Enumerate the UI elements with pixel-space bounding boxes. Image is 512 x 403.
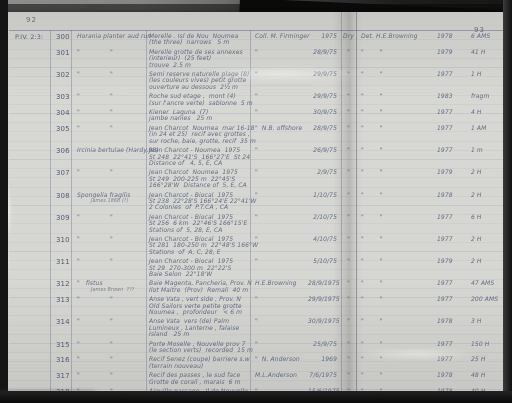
cell-coll_name: ": [251, 237, 308, 243]
table-row: 313" "Anse Vata , vert side , Prov. NOld…: [10, 295, 502, 317]
cell-no: 301: [53, 50, 73, 56]
cell-dry: ": [340, 148, 357, 154]
top-rule: [9, 30, 503, 31]
cell-code: [10, 148, 53, 154]
cell-count: 4 H: [466, 110, 502, 116]
cell-det_year: 1978: [430, 373, 466, 379]
table-row: 304" "Kiener Laguna (7)jambe nanies 25 m…: [10, 108, 502, 124]
cell-coll_date: 30/9/1975: [308, 319, 340, 325]
cell-code: P.IV. 2:3:: [10, 34, 53, 40]
cell-det_year: 1979: [430, 50, 466, 56]
cell-no: 302: [53, 72, 73, 78]
cell-loc: Jean Charcot - Biocal 1975St 238 22°28'S…: [147, 193, 251, 212]
cell-coll_date: 29/9/75: [308, 94, 340, 100]
cell-no: 310: [53, 237, 73, 243]
cell-no: 306: [53, 148, 73, 154]
table-row: 308Spongelia fragilisJames 1868 (?)Jean …: [10, 191, 502, 213]
cell-det_year: 1978: [430, 34, 466, 40]
cell-coll_date: 30/9/75: [308, 110, 340, 116]
cell-coll_date: 1/10/75: [308, 193, 340, 199]
cell-coll_name: ": [251, 170, 308, 176]
cell-count: 2 H: [466, 237, 502, 243]
cell-no: 313: [53, 297, 73, 303]
cell-det_name: " ": [357, 259, 430, 265]
cell-no: 305: [53, 126, 73, 132]
cell-name: " ": [73, 342, 147, 348]
cell-no: 304: [53, 110, 73, 116]
cell-code: [10, 50, 53, 56]
cell-name: " ": [73, 357, 147, 363]
cell-code: [10, 297, 53, 303]
cell-dry: ": [340, 237, 357, 243]
cell-name: " ": [73, 237, 147, 243]
cell-no: 316: [53, 357, 73, 363]
cell-name-annotation: James 1868 (?): [77, 199, 147, 204]
cell-coll_name: ": [251, 215, 308, 221]
left-page-number: 92: [26, 16, 37, 24]
cell-det_name: " ": [357, 237, 430, 243]
cell-coll_date: 26/9/75: [308, 148, 340, 154]
cell-det_year: 1977: [430, 281, 466, 287]
cell-code: [10, 342, 53, 348]
cell-dry: ": [340, 193, 357, 199]
cell-det_name: " ": [357, 110, 430, 116]
cell-det_year: 1978: [430, 319, 466, 325]
background-left-edge: [0, 0, 8, 403]
cell-dry: ": [340, 297, 357, 303]
cell-det_year: 1977: [430, 215, 466, 221]
cell-loc: Baie Magenta, Pancheria, Prov. NIlot Mai…: [147, 281, 251, 294]
cell-code: [10, 373, 53, 379]
cell-code: [10, 94, 53, 100]
cell-coll_name: ": [251, 110, 308, 116]
cell-det_year: 1979: [430, 170, 466, 176]
cell-dry: ": [340, 126, 357, 132]
cell-dry: ": [340, 215, 357, 221]
cell-count: 47 AMS: [466, 281, 502, 287]
table-row: 307" "Jean Charcot Noumea 1975St 249 200…: [10, 168, 502, 190]
cell-det_name: " ": [357, 126, 430, 132]
cell-name: " ": [73, 215, 147, 221]
background-bottom-band: [0, 391, 512, 403]
cell-dry: ": [340, 373, 357, 379]
cell-name: Spongelia fragilisJames 1868 (?): [73, 193, 147, 204]
cell-loc: Jean Charcot Noumea 1975St 249 200-225 m…: [147, 170, 251, 189]
cell-code: [10, 110, 53, 116]
cell-dry: ": [340, 110, 357, 116]
cell-coll_date: 29/9/1975: [308, 297, 340, 303]
cell-count: 200 AMS: [466, 297, 502, 303]
cell-coll_date: 5/10/75: [308, 259, 340, 265]
cell-coll_name: ": [251, 148, 308, 154]
cell-name: Horania planter aud run: [73, 34, 147, 40]
cell-loc: Jean Charcot - Biocal 1975St 281 180-250…: [147, 237, 251, 256]
cell-loc: Jean Charcot - Biocal 1975St 29 270-300 …: [147, 259, 251, 278]
cell-no: 309: [53, 215, 73, 221]
cell-det_name: " ": [357, 170, 430, 176]
cell-coll_name: ": [251, 50, 308, 56]
register-page-photo: 92 93 P.IV. 2:3:300Horania planter aud r…: [0, 0, 512, 403]
book-right-page-edges: [503, 0, 512, 403]
cell-loc: Recif Senez (coupe) barriere s.w(terrain…: [147, 357, 251, 370]
cell-name: " ": [73, 126, 147, 132]
table-row: 312" fistusJames Brown ???Baie Magenta, …: [10, 279, 502, 295]
cell-loc: Merelle . Isl de Nou Noumea(the three) n…: [147, 34, 251, 47]
cell-coll_date: 2/10/75: [308, 215, 340, 221]
cell-det_name: " ": [357, 319, 430, 325]
cell-count: 1 m: [466, 148, 502, 154]
cell-dry: ": [340, 259, 357, 265]
cell-det_name: " ": [357, 215, 430, 221]
cell-coll_name: ": [251, 342, 308, 348]
cell-coll_name: ": [251, 319, 308, 325]
cell-coll_date: 4/10/75: [308, 237, 340, 243]
table-row: 303" "Roche sud etage , mont (4)(sur l'a…: [10, 92, 502, 108]
cell-loc: Recif des passes , le sud faceGrotte de …: [147, 373, 251, 386]
cell-count: fragm: [466, 94, 502, 100]
cell-loc: Kiener Laguna (7)jambe nanies 25 m: [147, 110, 251, 123]
cell-det_name: Det. H.E.Browning: [357, 34, 430, 40]
cell-det_year: 1977: [430, 148, 466, 154]
photo-glare-bottom: [327, 346, 507, 362]
cell-loc: Jean Charcot - Noumea 1975St 248 22°41'S…: [147, 148, 251, 167]
cell-count: 1 H: [466, 72, 502, 78]
cell-coll_date: 28/9/75: [308, 126, 340, 132]
cell-det_name: " ": [357, 281, 430, 287]
cell-coll_name: ": [251, 193, 308, 199]
cell-det_year: 1977: [430, 126, 466, 132]
cell-name: " ": [73, 373, 147, 379]
cell-no: 312: [53, 281, 73, 287]
cell-no: 307: [53, 170, 73, 176]
cell-name: " ": [73, 72, 147, 78]
cell-count: 2 H: [466, 193, 502, 199]
cell-dry: ": [340, 281, 357, 287]
cell-loc: Anse Vata , vert side , Prov. NOld Sailo…: [147, 297, 251, 316]
table-row: P.IV. 2:3:300Horania planter aud runMere…: [10, 32, 502, 48]
cell-det_year: 1977: [430, 237, 466, 243]
cell-count: 1 AM: [466, 126, 502, 132]
cell-code: [10, 259, 53, 265]
cell-det_year: 1977: [430, 72, 466, 78]
table-row: 314" "Anse Vata vers (de) PalmLumineux ,…: [10, 317, 502, 339]
cell-coll_name: ": [251, 259, 308, 265]
cell-code: [10, 281, 53, 287]
cell-loc: Jean Charcot Noumea mar 16-18(in 24 et 2…: [147, 126, 251, 145]
cell-coll_date: 7/6/1975: [308, 373, 340, 379]
cell-count: 41 H: [466, 50, 502, 56]
cell-det_year: 1978: [430, 193, 466, 199]
cell-name: " ": [73, 297, 147, 303]
cell-count: 6 AMS: [466, 34, 502, 40]
cell-count: 6 H: [466, 215, 502, 221]
cell-det_year: 1983: [430, 94, 466, 100]
cell-loc: Jean Charcot - Biocal 1975St 256 6 km 22…: [147, 215, 251, 234]
cell-dry: ": [340, 170, 357, 176]
cell-name: " fistusJames Brown ???: [73, 281, 147, 292]
cell-count: 48 H: [466, 373, 502, 379]
table-row: 317" "Recif des passes , le sud faceGrot…: [10, 371, 502, 387]
table-row: 310" "Jean Charcot - Biocal 1975St 281 1…: [10, 235, 502, 257]
cell-dry: ": [340, 319, 357, 325]
cell-det_name: " ": [357, 148, 430, 154]
cell-no: 300: [53, 34, 73, 40]
cell-no: 317: [53, 373, 73, 379]
cell-name: " ": [73, 94, 147, 100]
cell-det_name: " ": [357, 297, 430, 303]
cell-det_year: 1977: [430, 110, 466, 116]
cell-coll_date: 28/9/75: [308, 50, 340, 56]
cell-no: 311: [53, 259, 73, 265]
cell-det_name: " ": [357, 50, 430, 56]
cell-coll_date: 2/9/75: [308, 170, 340, 176]
table-row: 309" "Jean Charcot - Biocal 1975St 256 6…: [10, 213, 502, 235]
cell-coll_name: " N. Anderson: [251, 357, 308, 363]
cell-name: " ": [73, 319, 147, 325]
cell-coll_name: M.L.Anderson: [251, 373, 308, 379]
cell-code: [10, 126, 53, 132]
table-row: 311" "Jean Charcot - Biocal 1975St 29 27…: [10, 257, 502, 279]
cell-coll_name: ": [251, 94, 308, 100]
cell-code: [10, 193, 53, 199]
table-row: 306Ircinia bertulae (Hardy,98)Jean Charc…: [10, 146, 502, 168]
cell-det_name: " ": [357, 193, 430, 199]
cell-no: 303: [53, 94, 73, 100]
cell-name-annotation: James Brown ???: [77, 288, 147, 293]
photo-glare-top: [157, 64, 407, 84]
ledger-page-spread: 92 93 P.IV. 2:3:300Horania planter aud r…: [7, 12, 505, 393]
table-row: 305" "Jean Charcot Noumea mar 16-18(in 2…: [10, 124, 502, 146]
cell-det_name: " ": [357, 94, 430, 100]
cell-det_year: 1979: [430, 259, 466, 265]
cell-coll_date: 1975: [308, 34, 340, 40]
cell-coll_name: H.E.Browning: [251, 281, 308, 287]
cell-code: [10, 72, 53, 78]
cell-name: " ": [73, 170, 147, 176]
cell-count: 3 H: [466, 319, 502, 325]
cell-coll_name: Coll. M. Firminger: [251, 34, 308, 40]
cell-coll_name: " N.B. offshore: [251, 126, 308, 132]
cell-code: [10, 319, 53, 325]
cell-name: Ircinia bertulae (Hardy,98): [73, 148, 147, 154]
cell-code: [10, 170, 53, 176]
cell-name: " ": [73, 259, 147, 265]
cell-no: 314: [53, 319, 73, 325]
cell-dry: ": [340, 94, 357, 100]
cell-loc: Anse Vata vers (de) PalmLumineux , Lante…: [147, 319, 251, 338]
cell-det_name: " ": [357, 373, 430, 379]
cell-coll_date: 28/9/1975: [308, 281, 340, 287]
cell-no: 315: [53, 342, 73, 348]
cell-loc: Roche sud etage , mont (4)(sur l'ancre v…: [147, 94, 251, 107]
cell-count: 2 H: [466, 170, 502, 176]
cell-count: 2 H: [466, 259, 502, 265]
cell-name: " ": [73, 110, 147, 116]
cell-name: " ": [73, 50, 147, 56]
cell-code: [10, 357, 53, 363]
cell-coll_name: ": [251, 297, 308, 303]
cell-det_year: 1977: [430, 297, 466, 303]
cell-dry: ": [340, 50, 357, 56]
cell-dry: Dry: [340, 34, 357, 40]
cell-no: 308: [53, 193, 73, 199]
cell-loc: Porte Moselle , Nouvelle prov 7(le secti…: [147, 342, 251, 355]
